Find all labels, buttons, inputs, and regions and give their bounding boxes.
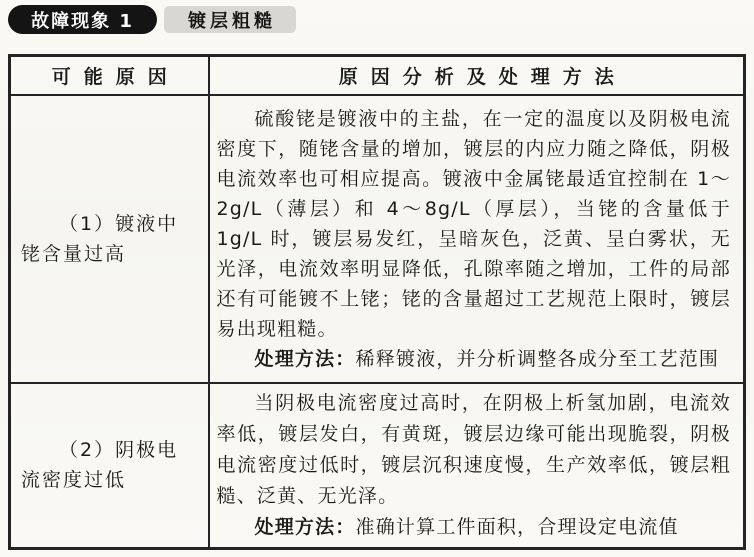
analysis-paragraph-1: 硫酸铑是镀液中的主盐，在一定的温度以及阴极电流密度下，随铑含量的增加，镀层的内应… — [217, 104, 732, 344]
fault-analysis-table: 可能原因 原因分析及处理方法 （1）镀液中铑含量过高 硫酸铑是镀液中的主盐，在一… — [8, 54, 746, 550]
fault-name-label: 镀层粗糙 — [188, 7, 276, 33]
cause-cell-2: （2）阴极电流密度过低 — [10, 383, 209, 549]
fault-phenomenon-label: 故障现象 1 — [31, 7, 134, 33]
treatment-text-2: 准确计算工件面积，合理设定电流值 — [356, 516, 679, 538]
fault-name-badge: 镀层粗糙 — [164, 6, 296, 33]
cause-text-2: （2）阴极电流密度过低 — [21, 435, 198, 495]
table-header-analysis-treatment: 原因分析及处理方法 — [209, 56, 745, 95]
table-row: （1）镀液中铑含量过高 硫酸铑是镀液中的主盐，在一定的温度以及阴极电流密度下，随… — [10, 95, 745, 383]
cause-cell-1: （1）镀液中铑含量过高 — [10, 95, 209, 383]
treatment-text-1: 稀释镀液，并分析调整各成分至工艺范围 — [356, 348, 720, 370]
treatment-line-1: 处理方法：稀释镀液，并分析调整各成分至工艺范围 — [217, 344, 732, 374]
table-header-possible-cause: 可能原因 — [10, 56, 209, 95]
fault-title-row: 故障现象 1 镀层粗糙 — [8, 5, 296, 34]
treatment-line-2: 处理方法：准确计算工件面积，合理设定电流值 — [217, 512, 732, 543]
table-header-row: 可能原因 原因分析及处理方法 — [10, 56, 745, 95]
cause-text-1: （1）镀液中铑含量过高 — [21, 209, 198, 269]
fault-phenomenon-badge: 故障现象 1 — [8, 5, 157, 34]
analysis-cell-2: 当阴极电流密度过高时，在阴极上析氢加剧，电流效率低，镀层发白，有黄斑，镀层边缘可… — [209, 383, 745, 549]
treatment-label-1: 处理方法： — [255, 348, 356, 370]
analysis-paragraph-2: 当阴极电流密度过高时，在阴极上析氢加剧，电流效率低，镀层发白，有黄斑，镀层边缘可… — [217, 388, 732, 512]
treatment-label-2: 处理方法： — [255, 516, 356, 538]
analysis-cell-1: 硫酸铑是镀液中的主盐，在一定的温度以及阴极电流密度下，随铑含量的增加，镀层的内应… — [209, 95, 745, 383]
scanned-document-page: 故障现象 1 镀层粗糙 可能原因 原因分析及处理方法 （1）镀液中铑含量过高 硫… — [0, 0, 754, 557]
table-row: （2）阴极电流密度过低 当阴极电流密度过高时，在阴极上析氢加剧，电流效率低，镀层… — [10, 383, 745, 549]
